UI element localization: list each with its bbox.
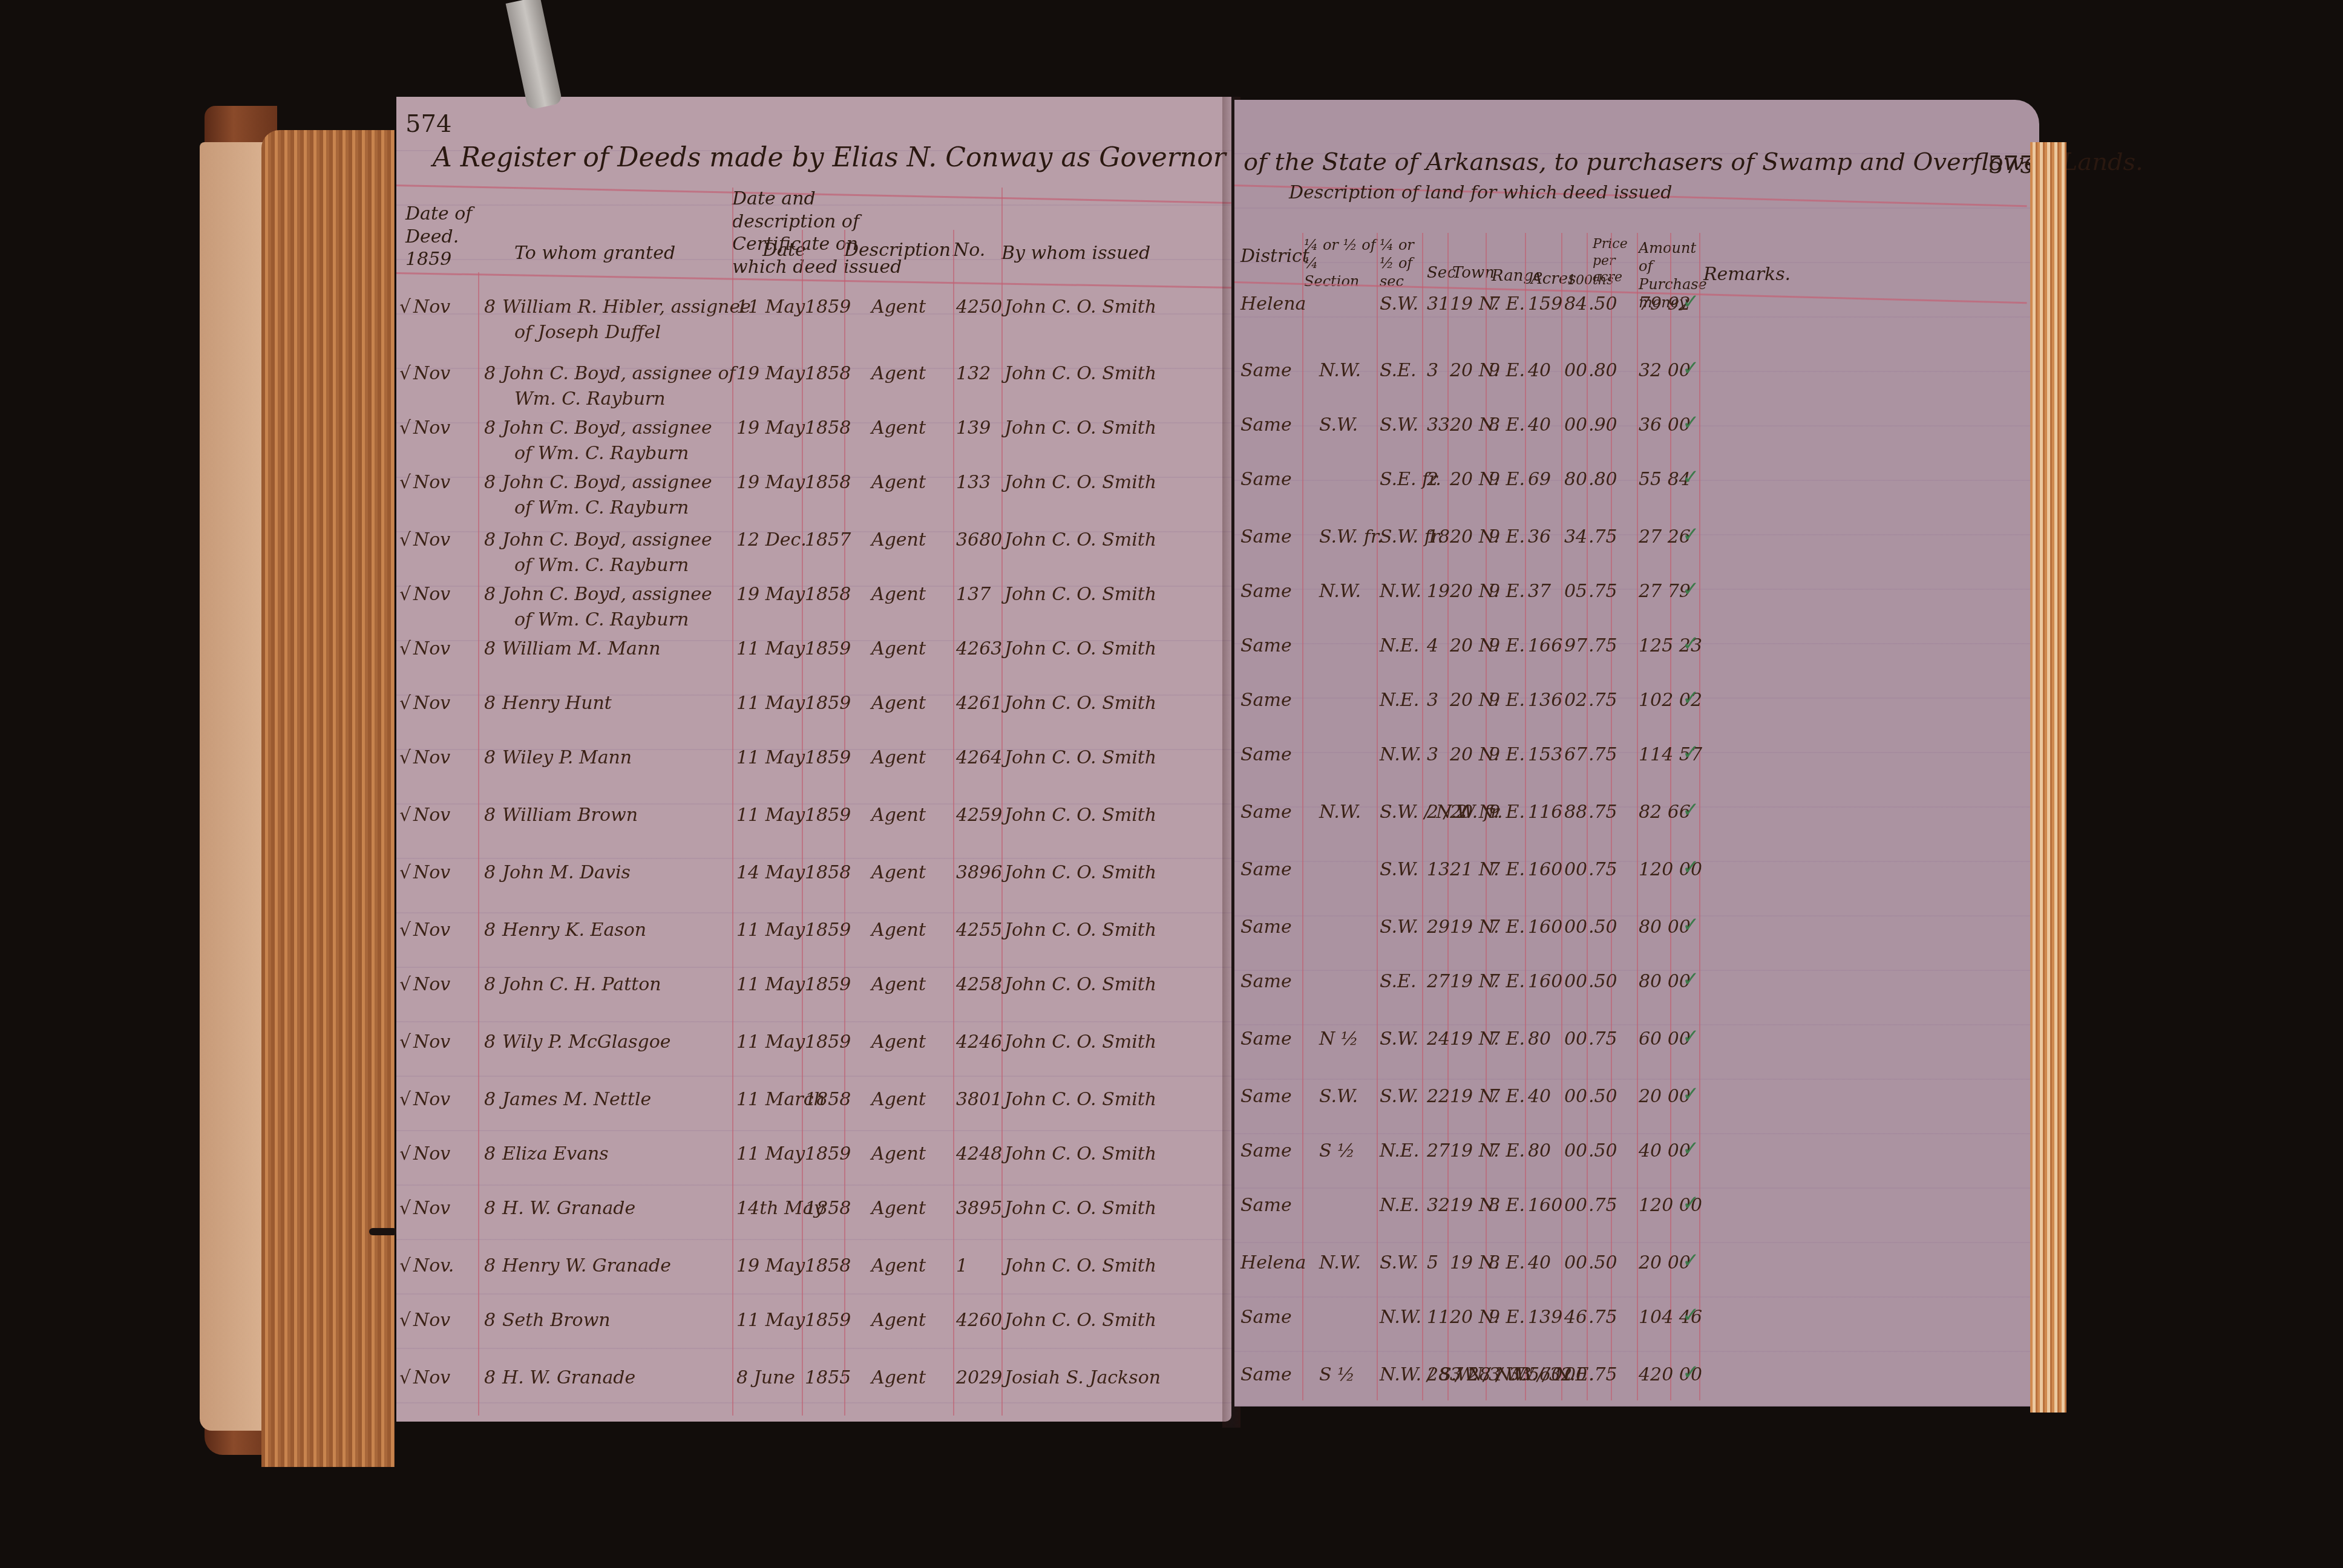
- col-divider: [953, 230, 954, 1416]
- grantee-name: H. W. Granade: [502, 1198, 635, 1219]
- acres: 160: [1528, 971, 1562, 992]
- deed-day: 8: [484, 920, 496, 941]
- district: Same: [1240, 1364, 1292, 1385]
- grantee-name: John C. H. Patton: [502, 974, 661, 995]
- grantee-name: John M. Davis: [502, 862, 631, 883]
- range: 7 E.: [1489, 1086, 1525, 1107]
- grantee-name-line2: Wm. C. Rayburn: [514, 388, 666, 410]
- certificate-number: 4259: [956, 805, 1002, 826]
- acres-hundredths: 00: [1564, 1252, 1587, 1273]
- deed-day: 8: [484, 529, 496, 550]
- price-per-acre: .50: [1588, 1252, 1617, 1273]
- tick-mark-icon: √: [399, 638, 411, 659]
- range: 9 E.: [1489, 744, 1525, 765]
- acres-hundredths: 05: [1564, 581, 1587, 602]
- acres-hundredths: 00: [1564, 360, 1587, 381]
- section: 11: [1427, 1307, 1450, 1328]
- tick-mark-icon: √: [399, 805, 411, 826]
- green-check-icon: ✓: [1682, 290, 1700, 314]
- acres-hundredths: 00: [1564, 414, 1587, 436]
- certificate-year: 1858: [805, 1255, 851, 1276]
- col-header-quarter-of-sec: ¼ or ½ of sec: [1380, 236, 1422, 290]
- acres: 40: [1528, 360, 1551, 381]
- district: Same: [1240, 971, 1292, 992]
- tick-mark-icon: √: [399, 1198, 411, 1219]
- district: Same: [1240, 635, 1292, 656]
- grantee-name-line2: of Wm. C. Rayburn: [514, 443, 689, 464]
- col-header-cert-no: No.: [953, 239, 985, 262]
- acres-hundredths: 00: [1564, 916, 1587, 938]
- price-per-acre: .75: [1588, 859, 1617, 880]
- certificate-number: 132: [956, 363, 991, 384]
- issued-by: John C. O. Smith: [1004, 862, 1156, 883]
- certificate-date: 11 May: [736, 747, 805, 768]
- section: 3: [1427, 360, 1438, 381]
- district: Same: [1240, 469, 1292, 490]
- tick-mark-icon: √: [399, 363, 411, 384]
- section: 31: [1427, 293, 1450, 315]
- range: 7 E.: [1489, 1140, 1525, 1161]
- section: 24: [1427, 1028, 1450, 1050]
- range: 9 E.: [1489, 526, 1525, 547]
- deed-day: 8: [484, 693, 496, 714]
- acres: 139: [1528, 1307, 1562, 1328]
- price-per-acre: .75: [1588, 1028, 1617, 1050]
- price-per-acre: .75: [1588, 635, 1617, 656]
- quarter-of-section: S.W.: [1380, 1252, 1418, 1273]
- tick-mark-icon: √: [399, 584, 411, 605]
- deed-day: 8: [484, 584, 496, 605]
- certificate-date: 19 May: [736, 417, 805, 439]
- tick-mark-icon: √: [399, 1089, 411, 1110]
- col-header-remarks: Remarks.: [1703, 263, 1791, 286]
- page-title-left: A Register of Deeds made by Elias N. Con…: [433, 142, 1226, 173]
- section: 4: [1427, 635, 1438, 656]
- range: 9 E.: [1489, 802, 1525, 823]
- certificate-description: Agent: [871, 1310, 926, 1331]
- certificate-date: 12 Dec.: [736, 529, 807, 550]
- deed-day: 8: [484, 862, 496, 883]
- quarter-of-section: S.E.: [1380, 971, 1416, 992]
- certificate-description: Agent: [871, 1198, 926, 1219]
- issued-by: John C. O. Smith: [1004, 1089, 1156, 1110]
- acres-hundredths: 02: [1564, 690, 1587, 711]
- deed-day: 8: [484, 1143, 496, 1165]
- range: 7 E.: [1489, 293, 1525, 315]
- col-divider: [1377, 233, 1378, 1400]
- grantee-name: H. W. Granade: [502, 1367, 635, 1388]
- tick-mark-icon: √: [399, 974, 411, 995]
- certificate-number: 133: [956, 472, 991, 493]
- deed-month: Nov: [413, 529, 450, 550]
- district: Same: [1240, 802, 1292, 823]
- certificate-date: 19 May: [736, 472, 805, 493]
- acres: 160: [1528, 916, 1562, 938]
- certificate-year: 1858: [805, 1198, 851, 1219]
- issued-by: John C. O. Smith: [1004, 974, 1156, 995]
- certificate-year: 1858: [805, 417, 851, 439]
- quarter-of-section: N.E.: [1380, 1140, 1419, 1161]
- acres: 80: [1528, 1140, 1551, 1161]
- certificate-description: Agent: [871, 296, 926, 318]
- certificate-number: 139: [956, 417, 991, 439]
- tick-mark-icon: √: [399, 1310, 411, 1331]
- flyleaf: [200, 142, 266, 1431]
- certificate-year: 1859: [805, 805, 851, 826]
- grantee-name-line2: of Wm. C. Rayburn: [514, 497, 689, 518]
- col-divider: [1001, 188, 1003, 1416]
- quarter-section: S ½: [1319, 1140, 1355, 1161]
- acres: 160: [1528, 859, 1562, 880]
- acres: 37: [1528, 581, 1551, 602]
- issued-by: John C. O. Smith: [1004, 747, 1156, 768]
- price-per-acre: .50: [1588, 1086, 1617, 1107]
- section: 5: [1427, 1252, 1438, 1273]
- acres-hundredths: 00: [1564, 1028, 1587, 1050]
- deed-month: Nov: [413, 1198, 450, 1219]
- green-check-icon: ✓: [1682, 1025, 1700, 1049]
- left-page: 574 A Register of Deeds made by Elias N.…: [396, 97, 1231, 1422]
- deed-day: 8: [484, 417, 496, 439]
- certificate-description: Agent: [871, 417, 926, 439]
- range: 9 E.: [1489, 690, 1525, 711]
- green-check-icon: ✓: [1682, 967, 1700, 991]
- green-check-icon: ✓: [1682, 523, 1700, 547]
- certificate-date: 11 May: [736, 638, 805, 659]
- deed-day: 8: [484, 472, 496, 493]
- page-title-right: of the State of Arkansas, to purchasers …: [1244, 148, 2143, 176]
- col-divider: [1525, 233, 1526, 1400]
- section: 13: [1427, 859, 1450, 880]
- acres: 160: [1528, 1195, 1562, 1216]
- deed-month: Nov: [413, 747, 450, 768]
- certificate-number: 3801: [956, 1089, 1002, 1110]
- acres: 560: [1528, 1364, 1562, 1385]
- acres-hundredths: 97: [1564, 635, 1587, 656]
- grantee-name: John C. Boyd, assignee: [502, 472, 712, 493]
- certificate-description: Agent: [871, 638, 926, 659]
- page-stack-left: [261, 130, 395, 1467]
- tick-mark-icon: √: [399, 1031, 411, 1053]
- certificate-year: 1858: [805, 363, 851, 384]
- ink-mark: [369, 1228, 397, 1235]
- acres: 36: [1528, 526, 1551, 547]
- deed-day: 8: [484, 1031, 496, 1053]
- grantee-name: Henry K. Eason: [502, 920, 646, 941]
- range: 9 E.: [1489, 635, 1525, 656]
- col-divider: [1302, 233, 1303, 1400]
- certificate-year: 1858: [805, 1089, 851, 1110]
- certificate-number: 4248: [956, 1143, 1002, 1165]
- green-check-icon: ✓: [1682, 686, 1700, 710]
- col-header-quarter-section: ¼ or ½ of ¼ Section: [1304, 236, 1377, 290]
- certificate-date: 11 May: [736, 1031, 805, 1053]
- certificate-description: Agent: [871, 693, 926, 714]
- section: 19: [1427, 581, 1450, 602]
- right-page: 575 of the State of Arkansas, to purchas…: [1234, 100, 2039, 1406]
- price-per-acre: .75: [1588, 1364, 1617, 1385]
- certificate-year: 1859: [805, 1031, 851, 1053]
- deed-day: 8: [484, 1089, 496, 1110]
- certificate-number: 1: [956, 1255, 968, 1276]
- acres: 40: [1528, 1086, 1551, 1107]
- price-per-acre: .50: [1588, 971, 1617, 992]
- certificate-number: 4260: [956, 1310, 1002, 1331]
- certificate-year: 1859: [805, 747, 851, 768]
- certificate-year: 1859: [805, 974, 851, 995]
- district: Same: [1240, 1195, 1292, 1216]
- certificate-year: 1859: [805, 1143, 851, 1165]
- certificate-number: 3896: [956, 862, 1002, 883]
- issued-by: John C. O. Smith: [1004, 693, 1156, 714]
- acres-hundredths: 00: [1564, 1140, 1587, 1161]
- col-header-to-whom: To whom granted: [514, 242, 675, 265]
- certificate-number: 4261: [956, 693, 1002, 714]
- green-check-icon: ✓: [1682, 855, 1700, 880]
- grantee-name: William R. Hibler, assignee: [502, 296, 751, 318]
- certificate-number: 137: [956, 584, 991, 605]
- certificate-year: 1858: [805, 584, 851, 605]
- acres-hundredths: 00: [1564, 859, 1587, 880]
- certificate-description: Agent: [871, 1255, 926, 1276]
- price-per-acre: .90: [1588, 414, 1617, 436]
- green-check-icon: ✓: [1682, 411, 1700, 435]
- green-check-icon: ✓: [1682, 632, 1700, 656]
- certificate-number: 4255: [956, 920, 1002, 941]
- certificate-description: Agent: [871, 747, 926, 768]
- section: 3: [1427, 744, 1438, 765]
- grantee-name-line2: of Wm. C. Rayburn: [514, 555, 689, 576]
- acres: 80: [1528, 1028, 1551, 1050]
- green-check-icon: ✓: [1682, 356, 1700, 381]
- certificate-year: 1859: [805, 920, 851, 941]
- acres-hundredths: 34: [1564, 526, 1587, 547]
- quarter-section: N.W.: [1319, 360, 1361, 381]
- range: 7 E.: [1489, 916, 1525, 938]
- section: 33: [1427, 414, 1450, 436]
- deed-day: 8: [484, 747, 496, 768]
- acres-hundredths: 46: [1564, 1307, 1587, 1328]
- issued-by: John C. O. Smith: [1004, 1198, 1156, 1219]
- deed-day: 8: [484, 296, 496, 318]
- green-check-icon: ✓: [1682, 1249, 1700, 1273]
- certificate-year: 1859: [805, 638, 851, 659]
- green-check-icon: ✓: [1682, 577, 1700, 601]
- price-per-acre: .75: [1588, 690, 1617, 711]
- acres-hundredths: 00: [1564, 971, 1587, 992]
- range: 8 E.: [1489, 414, 1525, 436]
- deed-month: Nov: [413, 417, 450, 439]
- col-header-date-of-deed: Date of Deed. 1859: [405, 203, 484, 271]
- certificate-description: Agent: [871, 1367, 926, 1388]
- issued-by: John C. O. Smith: [1004, 638, 1156, 659]
- col-header-cert-date: Date: [762, 239, 806, 262]
- certificate-date: 11 May: [736, 805, 805, 826]
- green-check-icon: ✓: [1682, 465, 1700, 489]
- range: 8 E.: [1489, 1252, 1525, 1273]
- district: Same: [1240, 414, 1292, 436]
- quarter-of-section: N.E.: [1380, 635, 1419, 656]
- certificate-date: 14 May: [736, 862, 805, 883]
- acres: 166: [1528, 635, 1562, 656]
- certificate-number: 3680: [956, 529, 1002, 550]
- district: Same: [1240, 859, 1292, 880]
- certificate-description: Agent: [871, 805, 926, 826]
- deed-month: Nov: [413, 862, 450, 883]
- certificate-year: 1859: [805, 1310, 851, 1331]
- issued-by: John C. O. Smith: [1004, 1255, 1156, 1276]
- certificate-date: 11 May: [736, 693, 805, 714]
- quarter-section: N.W.: [1319, 581, 1361, 602]
- range: 7 E.: [1489, 1028, 1525, 1050]
- district: Same: [1240, 744, 1292, 765]
- range: 9 E.: [1489, 581, 1525, 602]
- acres: 40: [1528, 1252, 1551, 1273]
- col-header-price: Price per acre: [1593, 236, 1635, 286]
- district: Same: [1240, 1307, 1292, 1328]
- col-divider: [478, 272, 479, 1416]
- quarter-of-section: S.E.: [1380, 360, 1416, 381]
- quarter-section: N.W.: [1319, 1252, 1361, 1273]
- certificate-date: 11 May: [736, 296, 805, 318]
- col-divider: [1637, 233, 1638, 1400]
- certificate-number: 4246: [956, 1031, 1002, 1053]
- tick-mark-icon: √: [399, 747, 411, 768]
- acres-hundredths: 00: [1564, 1364, 1587, 1385]
- range: 3 W.: [1489, 1364, 1527, 1385]
- certificate-description: Agent: [871, 974, 926, 995]
- district: Same: [1240, 690, 1292, 711]
- price-per-acre: .75: [1588, 1195, 1617, 1216]
- deed-month: Nov: [413, 1031, 450, 1053]
- issued-by: John C. O. Smith: [1004, 363, 1156, 384]
- range: 9 E.: [1489, 1307, 1525, 1328]
- deed-month: Nov: [413, 1310, 450, 1331]
- range: 9 E.: [1489, 360, 1525, 381]
- land-group-header: Description of land for which deed issue…: [1289, 181, 1672, 204]
- price-per-acre: .50: [1588, 1140, 1617, 1161]
- col-header-town: Town: [1452, 263, 1495, 283]
- deed-month: Nov: [413, 920, 450, 941]
- col-header-cert-description: Description: [844, 239, 951, 262]
- issued-by: John C. O. Smith: [1004, 1031, 1156, 1053]
- grantee-name: Wily P. McGlasgoe: [502, 1031, 671, 1053]
- quarter-of-section: S.W.: [1380, 1028, 1418, 1050]
- district: Same: [1240, 526, 1292, 547]
- tick-mark-icon: √: [399, 693, 411, 714]
- section: 18: [1427, 526, 1450, 547]
- grantee-name-line2: of Wm. C. Rayburn: [514, 609, 689, 630]
- col-header-district: District: [1240, 245, 1309, 268]
- grantee-name: Henry Hunt: [502, 693, 612, 714]
- col-header-sec: Sec: [1427, 263, 1456, 283]
- deed-day: 8: [484, 1367, 496, 1388]
- tick-mark-icon: √: [399, 1255, 411, 1276]
- district: Same: [1240, 581, 1292, 602]
- grantee-name: Wiley P. Mann: [502, 747, 632, 768]
- quarter-section: N ½: [1319, 1028, 1358, 1050]
- tick-mark-icon: √: [399, 529, 411, 550]
- green-check-icon: ✓: [1682, 798, 1700, 822]
- deed-day: 8: [484, 805, 496, 826]
- issued-by: John C. O. Smith: [1004, 1143, 1156, 1165]
- tick-mark-icon: √: [399, 417, 411, 439]
- certificate-date: 11 May: [736, 974, 805, 995]
- issued-by: John C. O. Smith: [1004, 584, 1156, 605]
- section: 3: [1427, 690, 1438, 711]
- range: 7 E.: [1489, 859, 1525, 880]
- col-header-by-whom: By whom issued: [1001, 242, 1150, 265]
- range: 9 E.: [1489, 469, 1525, 490]
- quarter-of-section: N.W.: [1380, 581, 1421, 602]
- section: 27: [1427, 971, 1450, 992]
- certificate-number: 2029: [956, 1367, 1002, 1388]
- grantee-name-line2: of Joseph Duffel: [514, 322, 661, 343]
- certificate-description: Agent: [871, 472, 926, 493]
- grantee-name: John C. Boyd, assignee of: [502, 363, 736, 384]
- quarter-of-section: S.W.: [1380, 293, 1418, 315]
- page-stack-right: [2030, 142, 2066, 1413]
- certificate-number: 4264: [956, 747, 1002, 768]
- deed-month: Nov.: [413, 1255, 454, 1276]
- deed-month: Nov: [413, 805, 450, 826]
- green-check-icon: ✓: [1682, 1191, 1700, 1215]
- grantee-name: William Brown: [502, 805, 638, 826]
- district: Same: [1240, 1140, 1292, 1161]
- tick-mark-icon: √: [399, 472, 411, 493]
- section: 29: [1427, 916, 1450, 938]
- deed-day: 8: [484, 1255, 496, 1276]
- price-per-acre: .50: [1588, 293, 1617, 315]
- acres-hundredths: 84: [1564, 293, 1587, 315]
- certificate-date: 8 June: [736, 1367, 795, 1388]
- certificate-description: Agent: [871, 1089, 926, 1110]
- section: 32: [1427, 1195, 1450, 1216]
- certificate-date: 19 May: [736, 584, 805, 605]
- deed-month: Nov: [413, 1089, 450, 1110]
- certificate-description: Agent: [871, 529, 926, 550]
- grantee-name: Eliza Evans: [502, 1143, 609, 1165]
- issued-by: Josiah S. Jackson: [1004, 1367, 1161, 1388]
- deed-month: Nov: [413, 1143, 450, 1165]
- grantee-name: Henry W. Granade: [502, 1255, 671, 1276]
- certificate-group-header: Date and description of Certificate on w…: [732, 188, 914, 278]
- price-per-acre: .75: [1588, 744, 1617, 765]
- issued-by: John C. O. Smith: [1004, 472, 1156, 493]
- certificate-year: 1859: [805, 693, 851, 714]
- acres: 159: [1528, 293, 1562, 315]
- tick-mark-icon: √: [399, 1143, 411, 1165]
- deed-month: Nov: [413, 1367, 450, 1388]
- certificate-date: 11 May: [736, 1310, 805, 1331]
- certificate-description: Agent: [871, 363, 926, 384]
- price-per-acre: .80: [1588, 469, 1617, 490]
- certificate-date: 11 May: [736, 1143, 805, 1165]
- certificate-date: 19 May: [736, 1255, 805, 1276]
- green-check-icon: ✓: [1682, 1082, 1700, 1106]
- quarter-section: S.W. fr.: [1319, 526, 1383, 547]
- deed-day: 8: [484, 363, 496, 384]
- certificate-number: 4263: [956, 638, 1002, 659]
- acres-hundredths: 80: [1564, 469, 1587, 490]
- acres: 69: [1528, 469, 1551, 490]
- certificate-description: Agent: [871, 862, 926, 883]
- certificate-date: 19 May: [736, 363, 805, 384]
- acres-hundredths: 00: [1564, 1086, 1587, 1107]
- district: Same: [1240, 1028, 1292, 1050]
- section: 22: [1427, 1086, 1450, 1107]
- price-per-acre: .75: [1588, 581, 1617, 602]
